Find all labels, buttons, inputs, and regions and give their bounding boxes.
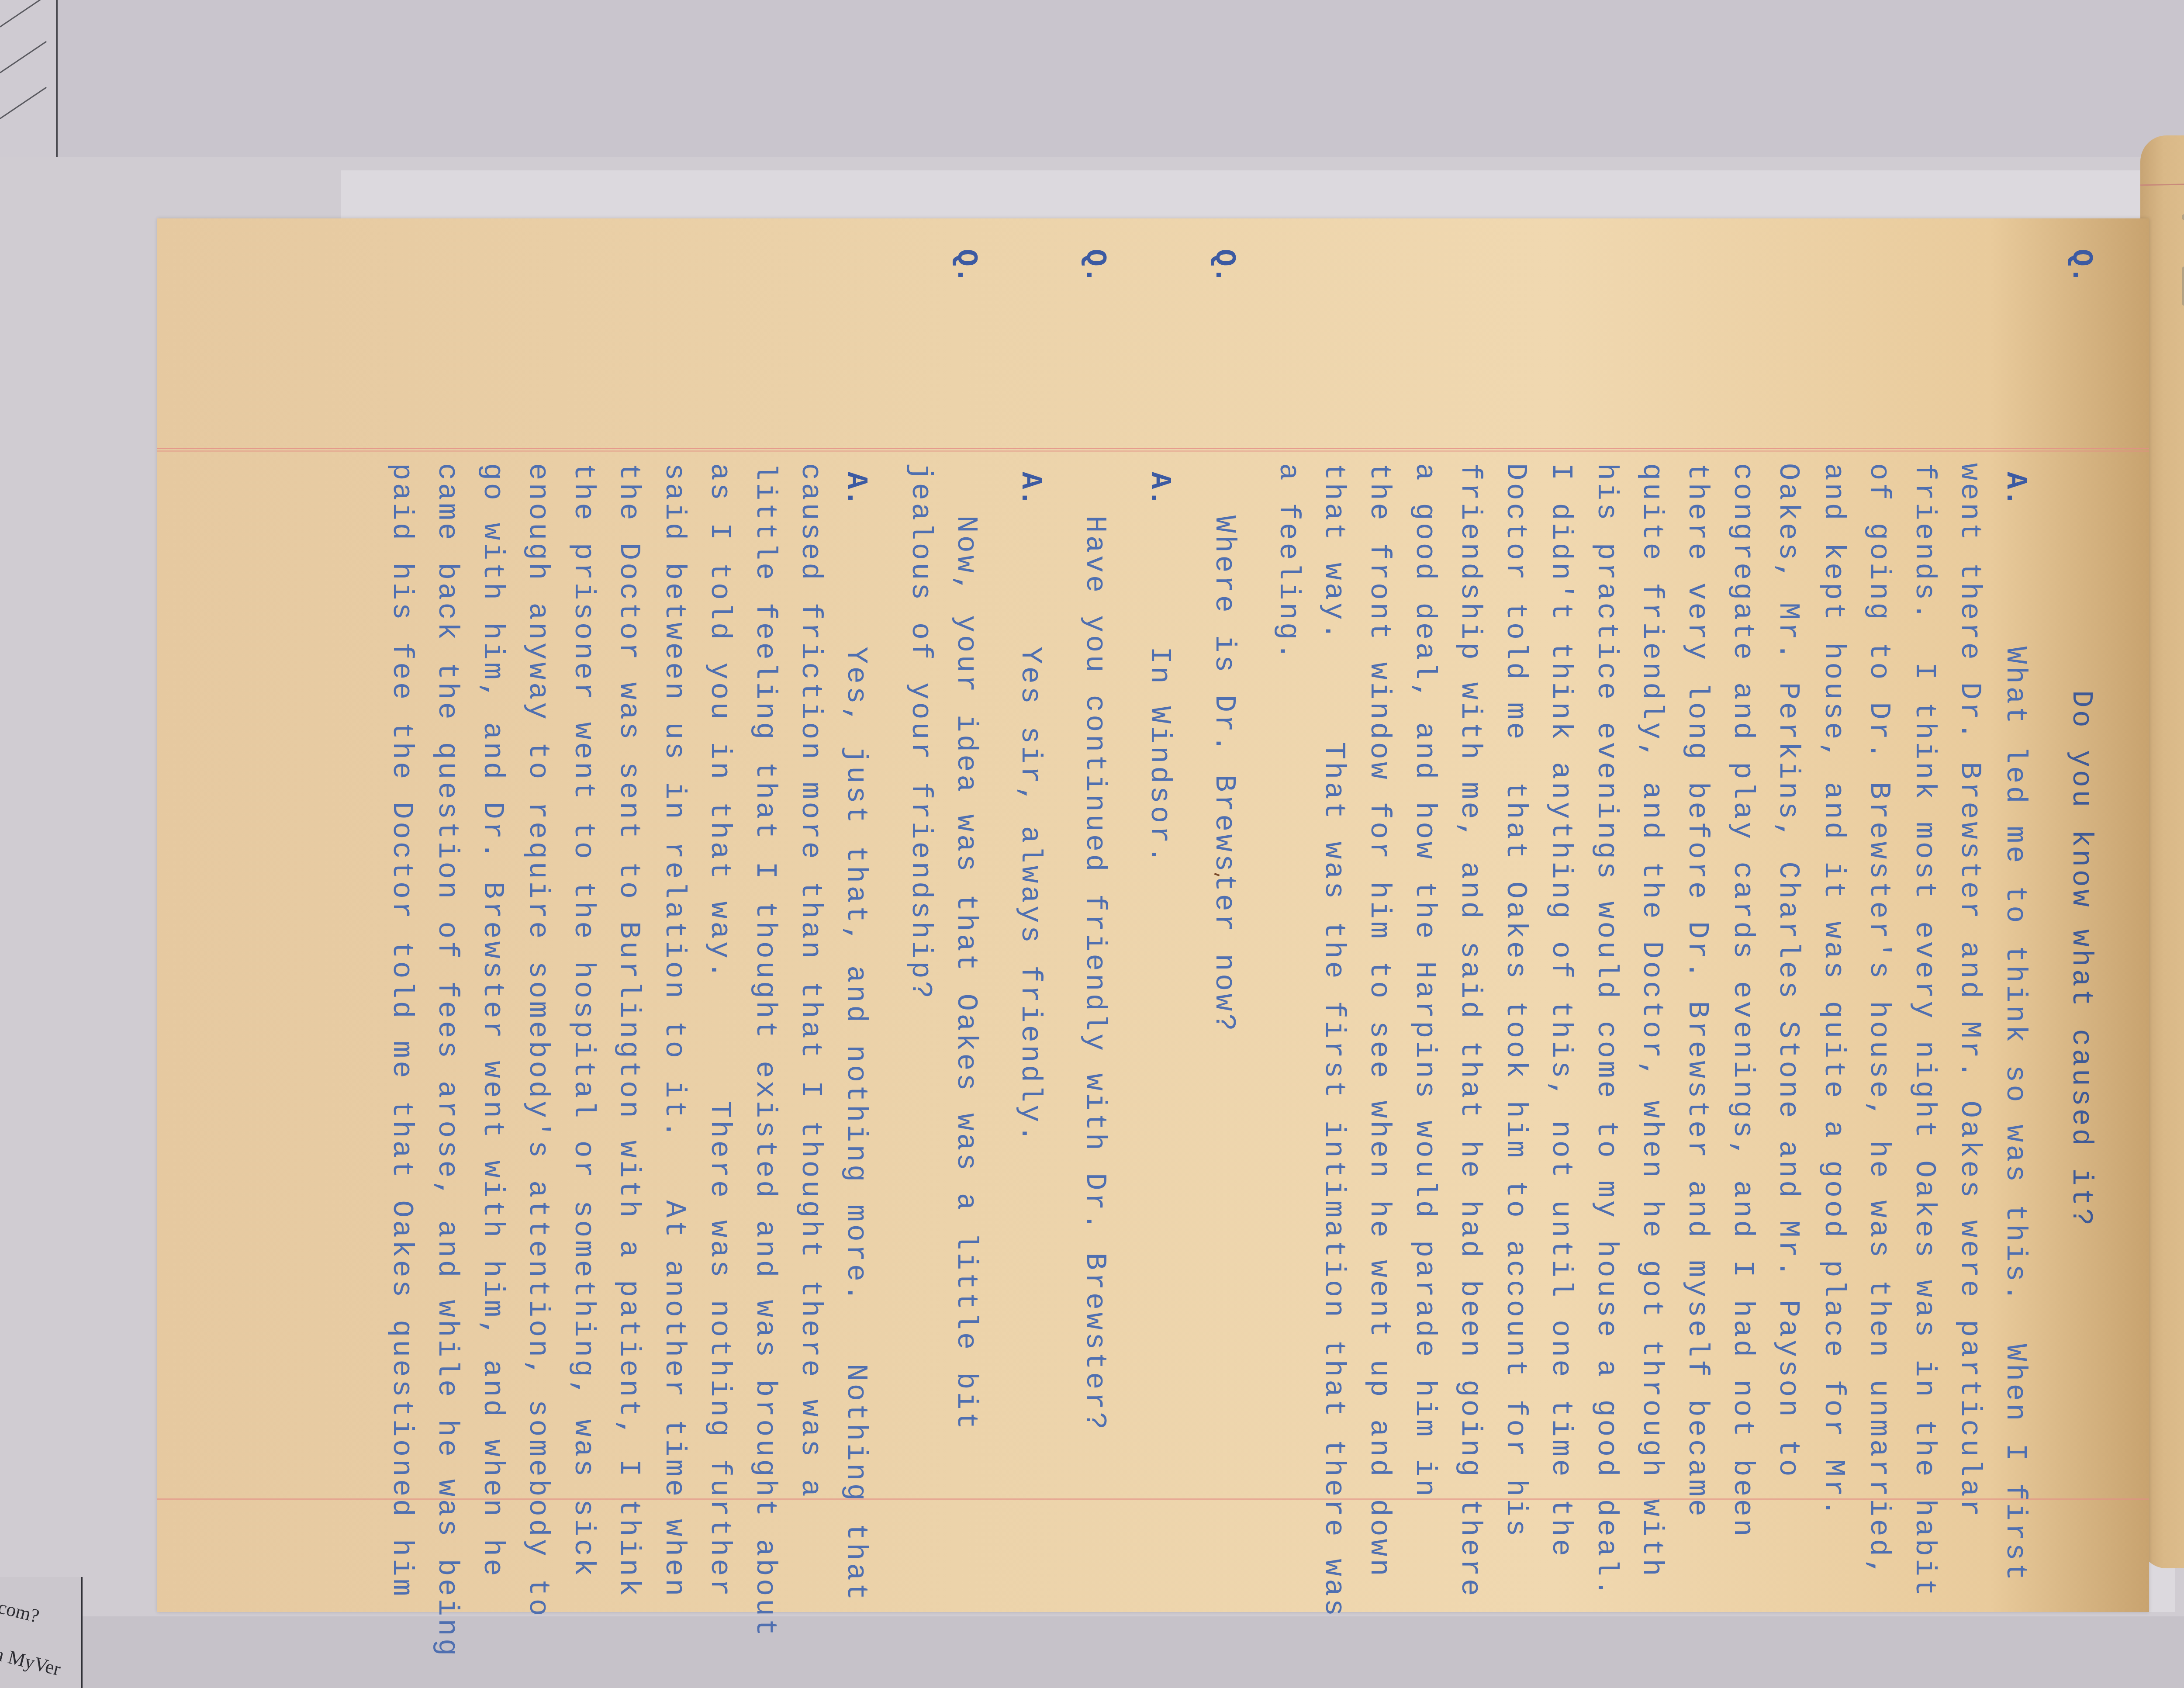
underlay-text: .com?: [0, 1595, 41, 1627]
background-printed-sheet: .com? a MyVer: [0, 1577, 83, 1688]
transcript-line: Oakes, Mr. Perkins, Charles Stone and Mr…: [1768, 463, 1808, 1479]
transcript-line: caused friction more than that I thought…: [790, 463, 830, 1499]
transcript-line: Have you continued friendly with Dr. Bre…: [1075, 515, 1115, 1432]
underlay-text: a MyVer: [0, 1643, 63, 1680]
transcript-line: there very long before Dr. Brewster and …: [1677, 463, 1717, 1519]
transcript-line: congregate and play cards evenings, and …: [1722, 463, 1762, 1539]
transcript-line: Where is Dr. Brewster now?: [1204, 515, 1244, 1034]
answer-label: A.: [1995, 472, 2035, 506]
transcript-line: a feeling.: [1268, 463, 1308, 662]
transcript-line: the Doctor was sent to Burlington with a…: [608, 463, 649, 1599]
question-label: Q.: [2061, 249, 2101, 284]
transcript-line: Now, your idea was that Oakes was a litt…: [946, 515, 986, 1432]
typed-text-area: Q.Do you know what caused it?A.What led …: [157, 218, 2149, 1612]
transcript-line: little feeling that I thought existed an…: [745, 463, 785, 1639]
transcript-line: came back the question of fees arose, an…: [427, 463, 467, 1658]
transcript-line: Doctor told me that Oakes took him to ac…: [1495, 463, 1535, 1539]
question-label: Q.: [1075, 249, 1115, 284]
transcript-line: Yes sir, always friendly.: [1010, 647, 1050, 1145]
background-strip-bottom: [81, 1616, 2184, 1688]
transcript-line: a good deal, and how the Harpins would p…: [1404, 463, 1444, 1499]
transcript-line: went there Dr. Brewster and Mr. Oakes we…: [1949, 463, 1990, 1519]
transcript-line: the prisoner went to the hospital or som…: [563, 463, 603, 1579]
transcript-line: enough anyway to require somebody's atte…: [518, 463, 558, 1619]
question-label: Q.: [946, 249, 986, 284]
transcript-line: I didn't think anything of this, not unt…: [1541, 463, 1581, 1559]
question-text: Do you know what caused it?: [2061, 690, 2101, 1228]
transcript-line: said between us in relation to it. At an…: [654, 463, 694, 1599]
background-sheet-top-left: [0, 0, 58, 157]
transcript-line: jealous of your friendship?: [900, 463, 940, 1001]
transcript-line: the front window for him to see when he …: [1359, 463, 1399, 1579]
transcript-line: that way. That was the first intimation …: [1313, 463, 1354, 1619]
transcript-page: Q.Do you know what caused it?A.What led …: [157, 218, 2149, 1612]
transcript-line: of going to Dr. Brewster's house, he was…: [1859, 463, 1899, 1579]
transcript-line: go with him, and Dr. Brewster went with …: [472, 463, 512, 1579]
answer-label: A.: [1010, 472, 1050, 506]
transcript-line: his practice evenings would come to my h…: [1586, 463, 1626, 1599]
transcript-line: What led me to think so was this. When I…: [1995, 647, 2035, 1583]
answer-label: A.: [1139, 472, 1179, 506]
transcript-line: friendship with me, and said that he had…: [1450, 463, 1490, 1599]
transcript-line: as I told you in that way. There was not…: [699, 463, 740, 1599]
transcript-line: and kept house, and it was quite a good …: [1813, 463, 1853, 1519]
transcript-line: quite friendly, and the Doctor, when he …: [1631, 463, 1672, 1579]
transcript-line: paid his fee the Doctor told me that Oak…: [381, 463, 422, 1599]
transcript-line: friends. I think most every night Oakes …: [1904, 463, 1944, 1599]
transcript-line: Yes, just that, and nothing more. Nothin…: [836, 647, 876, 1603]
answer-label: A.: [836, 472, 876, 506]
transcript-line: In Windsor.: [1139, 647, 1179, 866]
question-label: Q.: [1204, 249, 1244, 284]
